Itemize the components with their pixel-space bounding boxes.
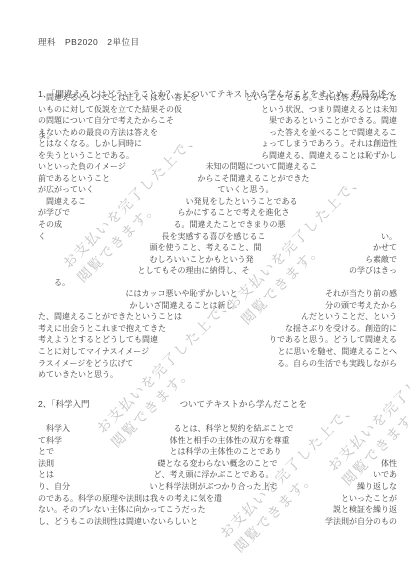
course-header: 理科 PB2020 2単位目 <box>38 36 397 48</box>
text-line: し、どうもこの法則性は間違いないらしいと学法則が自分のもの <box>38 516 397 528</box>
line-segment-r: といったことが <box>341 493 397 505</box>
line-segment-l: 考えに出会うとこれまで抱えてきた <box>38 323 166 335</box>
line-segment-m: からこそ間違えることができた <box>198 173 310 185</box>
line-segment-r: りであると思う。どうして間違える <box>269 334 397 346</box>
line-segment-l: る。 <box>38 277 70 289</box>
line-segment-l: 法則 <box>38 458 54 470</box>
line-segment-l: く <box>38 231 46 243</box>
line-segment-m: る。間違えたことできまりの悪 <box>174 219 286 231</box>
line-segment-r: 学法則が自分のもの <box>325 516 397 528</box>
line-segment-m: 長を実感する喜びを感じるこ <box>162 231 266 243</box>
line-segment-l: 2、「科学入門 <box>38 399 89 411</box>
line-segment-m: 未知の問題について間違えるこ <box>205 161 317 173</box>
text-line: 前であるということからこそ間違えることができた <box>38 173 397 185</box>
line-segment-r: ら素敵で <box>365 254 397 266</box>
line-segment-r: という状況、つまり間違えるとは未知 <box>261 104 397 116</box>
text-line: にはカッコ悪いや恥ずかしいとそれが当たり前の感 <box>38 288 397 300</box>
line-segment-l: 間違えるこ <box>38 196 86 208</box>
line-segment-l: が広がっていく <box>38 184 94 196</box>
line-segment-l: とは <box>38 469 54 481</box>
text-line: いといった負のイメージ未知の問題について間違えるこ <box>38 161 397 173</box>
line-segment-l: とはなくなる。しかし同時に <box>38 138 142 150</box>
line-segment-l: り、自分 <box>38 481 70 493</box>
answer-2-paragraph: 科学入るとは、科学と契約を結ぶことでて科学体性と相手の主体性の双方を尊重とでとは… <box>38 423 397 527</box>
line-segment-r: かせて <box>373 242 397 254</box>
line-segment-m: ど、考え頭に浮かぶことである。 <box>154 469 274 481</box>
line-segment-l: めていきたいと思う。 <box>38 369 118 381</box>
line-segment-r: 果であるということができる。間違 <box>269 115 397 127</box>
line-segment-l: を失うということである。 <box>38 150 134 162</box>
line-segment-r: 分の頭で考えたから <box>325 300 397 312</box>
text-line: 間違えるこい発見をしたということである <box>38 196 397 208</box>
line-segment-l: ない。そのブレない主体に向かってこうだった <box>38 504 206 516</box>
line-segment-l: 科学入 <box>38 423 70 435</box>
text-line: て科学体性と相手の主体性の双方を尊重 <box>38 435 397 447</box>
text-line: く長を実感する喜びを感じるこい。 <box>38 231 397 243</box>
line-segment-r: ょってしまうであろう。それは創造性 <box>261 138 397 150</box>
line-segment-m: ていくと思う。 <box>218 184 274 196</box>
line-segment-r: それが当たり前の感 <box>325 288 397 300</box>
text-line: のである。科学の原理や法則は我々の考えに気を遣といったことが <box>38 493 397 505</box>
line-segment-r: 体性 <box>381 458 397 470</box>
text-line: を失うということである。ら間違える、間違えることは恥ずかし <box>38 150 397 162</box>
document-page: お支払いを完了した上で、 閲覧できます。 お支払いを完了した上で、 閲覧できます… <box>0 0 410 580</box>
text-line: 法則礎となる変わらない概念のことで体性 <box>38 458 397 470</box>
line-segment-m: ついてテキストから学んだことを <box>180 399 307 411</box>
line-segment-m: 頭を使うこと、考えること、間 <box>150 242 262 254</box>
text-line: ない。そのブレない主体に向かってこうだった説と検証を繰り返 <box>38 504 397 516</box>
text-line: 科学入るとは、科学と契約を結ぶことで <box>38 423 397 435</box>
line-segment-l: 間違えるということは正しくはない答えを <box>38 92 198 104</box>
line-segment-r: 繰り返しな <box>357 481 397 493</box>
text-line: が広がっていくていくと思う。 <box>38 184 397 196</box>
text-line: めていきたいと思う。 <box>38 369 397 381</box>
line-segment-l: し、どうもこの法則性は間違いないらしいと <box>38 516 198 528</box>
line-segment-r: いであ <box>373 469 397 481</box>
text-line: ラスイメージをどう広げてる。自らの生活でも実践しながら <box>38 358 397 370</box>
line-segment-l: て科学 <box>38 435 62 447</box>
answer-1-paragraph: 間違えるということは正しくはない答えをということである。これは答えがわからないも… <box>38 92 397 381</box>
line-segment-m: としてもその理由に納得し、そ <box>138 265 250 277</box>
line-segment-l: ラスイメージをどう広げて <box>38 358 133 370</box>
line-segment-m: とは科学の主体性のことであり <box>170 446 282 458</box>
line-segment-m: 体性と相手の主体性の双方を尊重 <box>170 435 290 447</box>
line-segment-l: 考えようとするとどうしても間違 <box>38 334 158 346</box>
text-line: 2、「科学入門ついてテキストから学んだことを <box>38 399 397 411</box>
text-line: とはなくなる。しかし同時にょってしまうであろう。それは創造性 <box>38 138 397 150</box>
line-segment-m: らかにすることで考えを進化さ <box>178 207 290 219</box>
line-segment-r: い。 <box>381 231 397 243</box>
text-line: 考えに出会うとこれまで抱えてきたな揺さぶりを受ける。創造的に <box>38 323 397 335</box>
line-segment-r: ら間違える、間違えることは恥ずかし <box>261 150 397 162</box>
line-segment-m: むしろいいことかもという発 <box>150 254 254 266</box>
text-line: とはど、考え頭に浮かぶことである。いであ <box>38 469 397 481</box>
line-segment-l: いものに対して仮説を立てた結果その仮 <box>38 104 182 116</box>
line-segment-m: かしいざ間違えることは新し <box>130 300 234 312</box>
text-line: えないための最良の方法は答えをった答えを並べることで間違えるこ <box>38 127 397 139</box>
text-line: り、自分いと科学法則がぶつかり合った上で繰り返しな <box>38 481 397 493</box>
line-segment-m: いと科学法則がぶつかり合った上で <box>150 481 278 493</box>
text-line: が学びでらかにすることで考えを進化さ <box>38 207 397 219</box>
line-segment-r: る。自らの生活でも実践しながら <box>277 358 397 370</box>
line-segment-r: った答えを並べることで間違えるこ <box>269 127 397 139</box>
line-segment-l: とで <box>38 446 54 458</box>
line-segment-r: んだということだ、という <box>301 311 397 323</box>
text-line: た、間違えることができたということはんだということだ、という <box>38 311 397 323</box>
line-segment-r: ということである。これは答えがわからな <box>245 92 397 104</box>
line-segment-l: た、間違えることができたということは <box>38 311 182 323</box>
line-segment-l: が学びで <box>38 207 70 219</box>
text-line: 頭を使うこと、考えること、間かせて <box>38 242 397 254</box>
text-line: かしいざ間違えることは新し分の頭で考えたから <box>38 300 397 312</box>
line-segment-l: のである。科学の原理や法則は我々の考えに気を遣 <box>38 493 222 505</box>
text-line: ことに対してマイナスイメージとに思いを馳せ、間違えることへ <box>38 346 397 358</box>
line-segment-m: にはカッコ悪いや恥ずかしいと <box>126 288 238 300</box>
line-segment-r: な揺さぶりを受ける。創造的に <box>285 323 397 335</box>
line-segment-r: とに思いを馳せ、間違えることへ <box>278 346 397 358</box>
line-segment-m: い発見をしたということである <box>186 196 298 208</box>
line-segment-r: 説と検証を繰り返 <box>333 504 397 516</box>
line-segment-r: の学びはきっ <box>349 265 397 277</box>
text-line: の問題について自分で考えたからこそ果であるということができる。間違 <box>38 115 397 127</box>
line-segment-m: 礎となる変わらない概念のことで <box>158 458 278 470</box>
line-segment-l: ことに対してマイナスイメージ <box>38 346 149 358</box>
line-segment-l: の問題について自分で考えたからこそ <box>38 115 174 127</box>
text-line: 間違えるということは正しくはない答えをということである。これは答えがわからな <box>38 92 397 104</box>
line-segment-l: その成 <box>38 219 62 231</box>
text-line: としてもその理由に納得し、その学びはきっ <box>38 265 397 277</box>
text-line: とでとは科学の主体性のことであり <box>38 446 397 458</box>
text-line: いものに対して仮説を立てた結果その仮という状況、つまり間違えるとは未知 <box>38 104 397 116</box>
text-line: 考えようとするとどうしても間違りであると思う。どうして間違える <box>38 334 397 346</box>
line-segment-l: 前であるということ <box>38 173 110 185</box>
text-line: その成る。間違えたことできまりの悪 <box>38 219 397 231</box>
line-segment-m: るとは、科学と契約を結ぶことで <box>174 423 294 435</box>
question-2: 2、「科学入門ついてテキストから学んだことを <box>38 399 397 411</box>
line-segment-l: えないための最良の方法は答えを <box>38 127 158 139</box>
text-line: る。 <box>38 277 397 289</box>
line-segment-l: いといった負のイメージ <box>38 161 126 173</box>
text-line: むしろいいことかもという発ら素敵で <box>38 254 397 266</box>
